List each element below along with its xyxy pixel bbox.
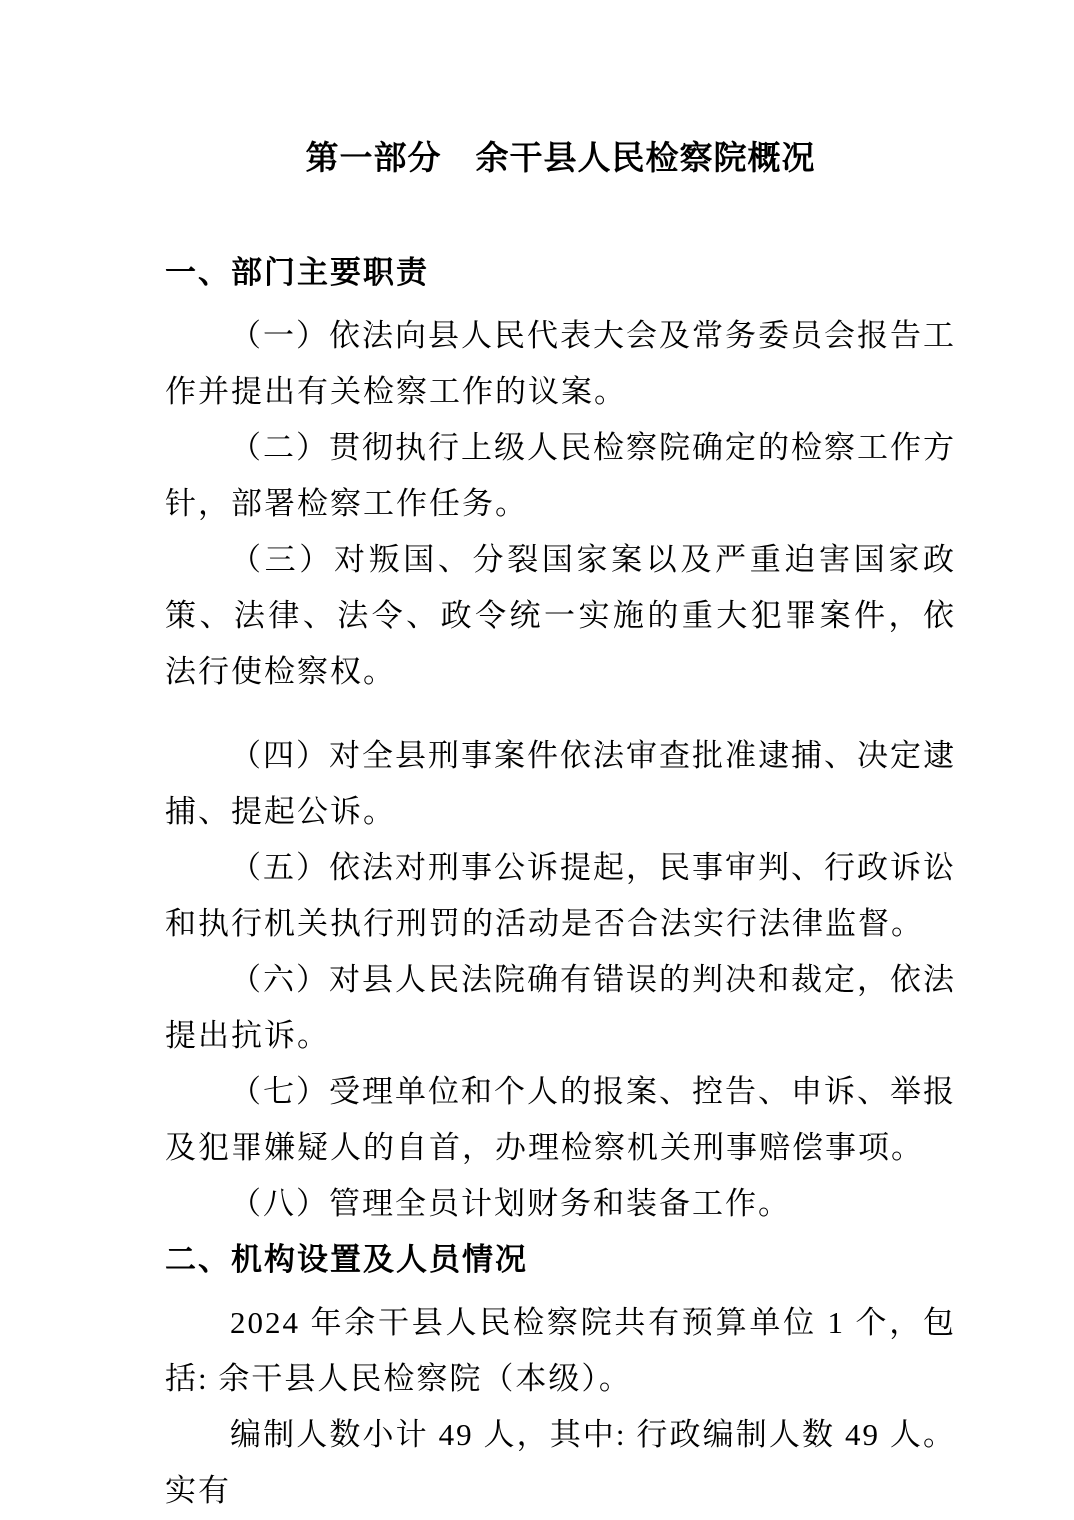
paragraph-duty-8: （八）管理全员计划财务和装备工作。 xyxy=(165,1176,956,1232)
paragraph-duty-6: （六）对县人民法院确有错误的判决和裁定，依法提出抗诉。 xyxy=(165,952,956,1064)
paragraph-duty-3: （三）对叛国、分裂国家案以及严重迫害国家政策、法律、法令、政令统一实施的重大犯罪… xyxy=(165,532,956,700)
paragraph-duty-2: （二）贯彻执行上级人民检察院确定的检察工作方针，部署检察工作任务。 xyxy=(165,420,956,532)
paragraph-duty-1: （一）依法向县人民代表大会及常务委员会报告工作并提出有关检察工作的议案。 xyxy=(165,308,956,420)
paragraph-duty-7: （七）受理单位和个人的报案、控告、申诉、举报及犯罪嫌疑人的自首，办理检察机关刑事… xyxy=(165,1064,956,1176)
section-heading-organization: 二、机构设置及人员情况 xyxy=(165,1232,956,1288)
page-title: 第一部分 余干县人民检察院概况 xyxy=(165,131,956,187)
section-heading-duties: 一、部门主要职责 xyxy=(165,245,956,301)
paragraph-duty-4: （四）对全县刑事案件依法审查批准逮捕、决定逮捕、提起公诉。 xyxy=(165,728,956,840)
document-content: 第一部分 余干县人民检察院概况 一、部门主要职责 （一）依法向县人民代表大会及常… xyxy=(0,131,1074,1519)
paragraph-duty-5: （五）依法对刑事公诉提起，民事审判、行政诉讼和执行机关执行刑罚的活动是否合法实行… xyxy=(165,840,956,952)
document-page: 第一部分 余干县人民检察院概况 一、部门主要职责 （一）依法向县人民代表大会及常… xyxy=(0,0,1074,1520)
paragraph-org-2: 编制人数小计 49 人，其中: 行政编制人数 49 人。实有 xyxy=(165,1407,956,1519)
paragraph-org-1: 2024 年余干县人民检察院共有预算单位 1 个，包括: 余干县人民检察院（本级… xyxy=(165,1295,956,1407)
